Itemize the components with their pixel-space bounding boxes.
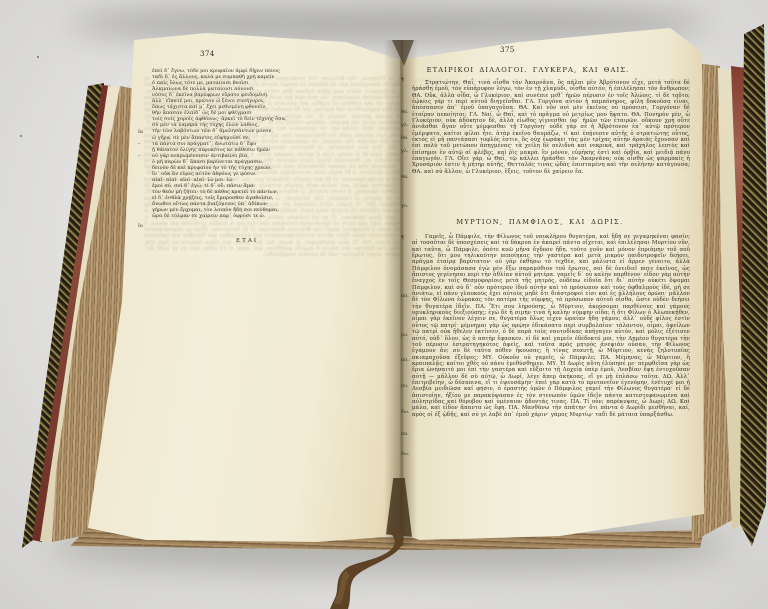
photo-open-antique-book: Γαμεῖς, ὦ Πάμφιλε, τὴν Φίλωνος τοῦ ναυκλ… xyxy=(0,0,768,609)
margin-mark: – xyxy=(138,142,140,147)
page-number-375: 375 xyxy=(500,46,515,54)
book-cover-edge-right xyxy=(740,24,768,552)
dialogue-glycera-thais-text: Στρατιώτην, Θαΐ, τινὰ οἶσθα τὸν Ἀκαρνᾶνα… xyxy=(412,80,690,202)
gutter-shadow xyxy=(384,40,418,546)
dust-speck xyxy=(20,135,22,137)
book-page-left: Γαμεῖς, ὦ Πάμφιλε, τὴν Φίλωνος τοῦ ναυκλ… xyxy=(86,32,400,544)
book-page-right: Στρατιώτην, Θαΐ, τινὰ οἶσθα τὸν Ἀκαρνᾶνα… xyxy=(400,28,704,544)
ribbon-highlight xyxy=(334,570,350,604)
margin-mark: – xyxy=(138,154,140,159)
running-header: ΕΤΑΙΡΙΚΟΙ ΔΙΑΛΟΓΟΙ. ΓΛΥΚΕΡΑ, ΚΑΙ ΘΑΙΣ. xyxy=(418,66,638,74)
dust-speck xyxy=(37,56,39,58)
dialogue-myrtion-pamphilos-text: Γαμεῖς, ὦ Πάμφιλε, τὴν Φίλωνος τοῦ ναυκλ… xyxy=(412,234,690,462)
margin-mark: Ια xyxy=(138,130,143,135)
page-number-374: 374 xyxy=(200,50,215,58)
catchword: ΕΤΑΙ xyxy=(236,238,258,244)
margin-mark: Ιο xyxy=(138,224,143,229)
greek-verse-column: ἐπεὶ δ᾽ ἔγνω, τόδε μοι κρυφαῖον ἀμφὶ δῆρ… xyxy=(152,68,322,219)
section-heading: ΜΥΡΤΙΟΝ, ΠΑΜΦΙΛΟΣ, ΚΑΙ ΔΩΡΙΣ. xyxy=(440,218,640,226)
verse-line: ὥρα δὲ τόλμαν σε χαίρειν παρ᾽ ὀφρύσι τε … xyxy=(152,213,322,219)
